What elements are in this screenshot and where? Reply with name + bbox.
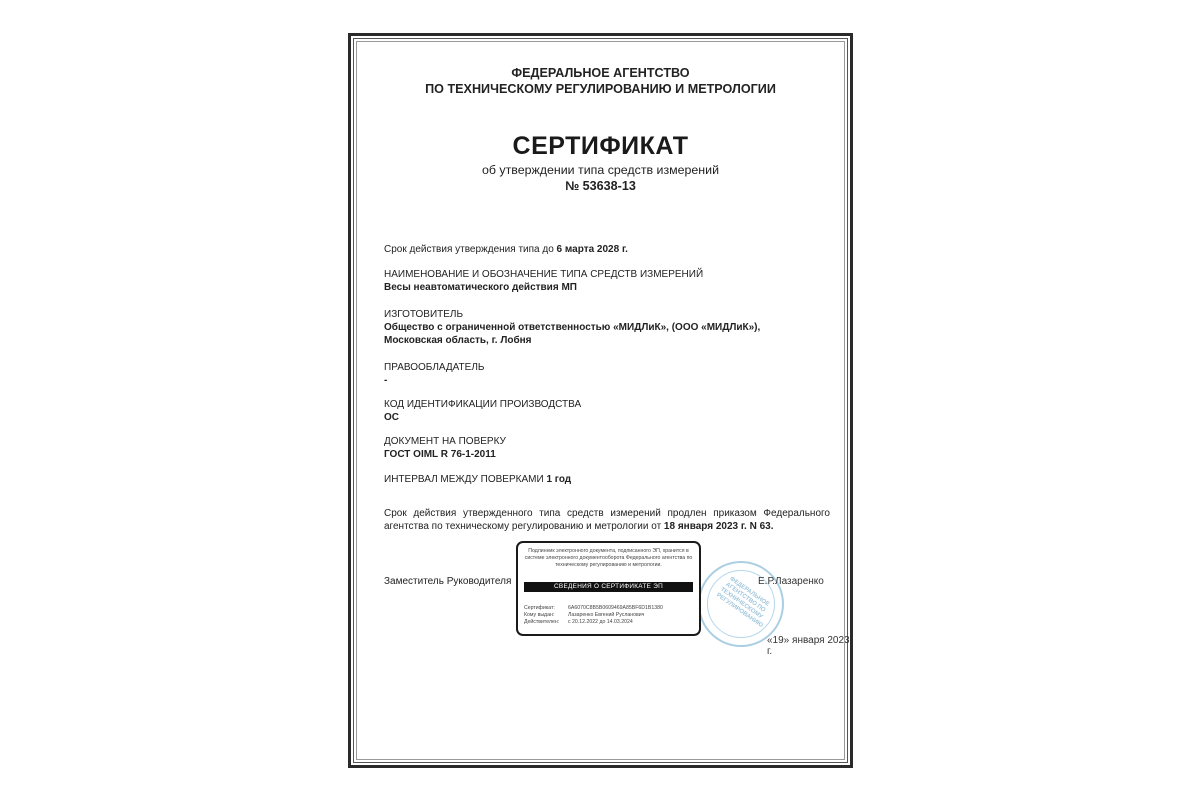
section-label: КОД ИДЕНТИФИКАЦИИ ПРОИЗВОДСТВА (384, 398, 834, 411)
agency-line-1: ФЕДЕРАЛЬНОЕ АГЕНТСТВО (351, 65, 850, 81)
section-value: ОС (384, 411, 834, 424)
extension-order: 18 января 2023 г. N 63. (664, 521, 774, 532)
certificate-subtitle: об утверждении типа средств измерений (351, 163, 850, 177)
validity-line: Срок действия утверждения типа до 6 март… (384, 243, 834, 256)
section-label: ДОКУМЕНТ НА ПОВЕРКУ (384, 435, 834, 448)
stamp-text: ФЕДЕРАЛЬНОЕ АГЕНТСТВО ПО ТЕХНИЧЕСКОМУ РЕ… (714, 575, 771, 627)
section-manufacturer: ИЗГОТОВИТЕЛЬ Общество с ограниченной отв… (384, 308, 834, 347)
extension-text: Срок действия утвержденного типа средств… (384, 508, 830, 532)
section-instrument-name: НАИМЕНОВАНИЕ И ОБОЗНАЧЕНИЕ ТИПА СРЕДСТВ … (384, 268, 834, 294)
section-value: - (384, 374, 834, 387)
ep-row-valid: Действителен: с 20.12.2022 до 14.03.2024 (524, 619, 695, 626)
section-production-code: КОД ИДЕНТИФИКАЦИИ ПРОИЗВОДСТВА ОС (384, 398, 834, 424)
certificate-page: ФЕДЕРАЛЬНОЕ АГЕНТСТВО ПО ТЕХНИЧЕСКОМУ РЕ… (348, 33, 853, 768)
agency-line-2: ПО ТЕХНИЧЕСКОМУ РЕГУЛИРОВАНИЮ И МЕТРОЛОГ… (351, 81, 850, 97)
ep-key: Кому выдан: (524, 612, 568, 619)
signer-name: Е.Р.Лазаренко (758, 576, 824, 587)
ep-value: Лазаренко Евгений Русланович (568, 612, 644, 619)
section-value: Весы неавтоматического действия МП (384, 281, 834, 294)
section-label: ПРАВООБЛАДАТЕЛЬ (384, 361, 834, 374)
ep-details: Сертификат: 6A6070C8B5B0609469A85BF6D1B1… (524, 605, 695, 626)
ep-value: 6A6070C8B5B0609469A85BF6D1B1380 (568, 605, 663, 612)
agency-name: ФЕДЕРАЛЬНОЕ АГЕНТСТВО ПО ТЕХНИЧЕСКОМУ РЕ… (351, 65, 850, 97)
section-value: 1 год (546, 474, 571, 485)
section-label: ИЗГОТОВИТЕЛЬ (384, 308, 834, 321)
ep-key: Сертификат: (524, 605, 568, 612)
certificate-number: № 53638-13 (351, 179, 850, 193)
section-rights-holder: ПРАВООБЛАДАТЕЛЬ - (384, 361, 834, 387)
section-label: НАИМЕНОВАНИЕ И ОБОЗНАЧЕНИЕ ТИПА СРЕДСТВ … (384, 268, 834, 281)
official-stamp: ФЕДЕРАЛЬНОЕ АГЕНТСТВО ПО ТЕХНИЧЕСКОМУ РЕ… (698, 561, 784, 647)
extension-notice: Срок действия утвержденного типа средств… (384, 507, 830, 533)
signature-date: «19» января 2023 г. (767, 635, 850, 657)
section-value-address: Московская область, г. Лобня (384, 334, 834, 347)
signatory-position: Заместитель Руководителя (384, 576, 511, 587)
certificate-title: СЕРТИФИКАТ (351, 132, 850, 161)
section-verification-document: ДОКУМЕНТ НА ПОВЕРКУ ГОСТ OIML R 76-1-201… (384, 435, 834, 461)
ep-key: Действителен: (524, 619, 568, 626)
section-verification-interval: ИНТЕРВАЛ МЕЖДУ ПОВЕРКАМИ 1 год (384, 473, 834, 486)
section-value: ГОСТ OIML R 76-1-2011 (384, 448, 834, 461)
validity-prefix: Срок действия утверждения типа до (384, 244, 557, 255)
electronic-signature-block: Подлинник электронного документа, подпис… (516, 541, 701, 636)
validity-date: 6 марта 2028 г. (557, 244, 628, 255)
section-value: Общество с ограниченной ответственностью… (384, 321, 834, 334)
ep-row-issued-to: Кому выдан: Лазаренко Евгений Русланович (524, 612, 695, 619)
ep-value: с 20.12.2022 до 14.03.2024 (568, 619, 633, 626)
ep-row-certificate: Сертификат: 6A6070C8B5B0609469A85BF6D1B1… (524, 605, 695, 612)
ep-note: Подлинник электронного документа, подпис… (524, 548, 693, 569)
section-label: ИНТЕРВАЛ МЕЖДУ ПОВЕРКАМИ (384, 474, 546, 485)
ep-header: СВЕДЕНИЯ О СЕРТИФИКАТЕ ЭП (524, 582, 693, 592)
